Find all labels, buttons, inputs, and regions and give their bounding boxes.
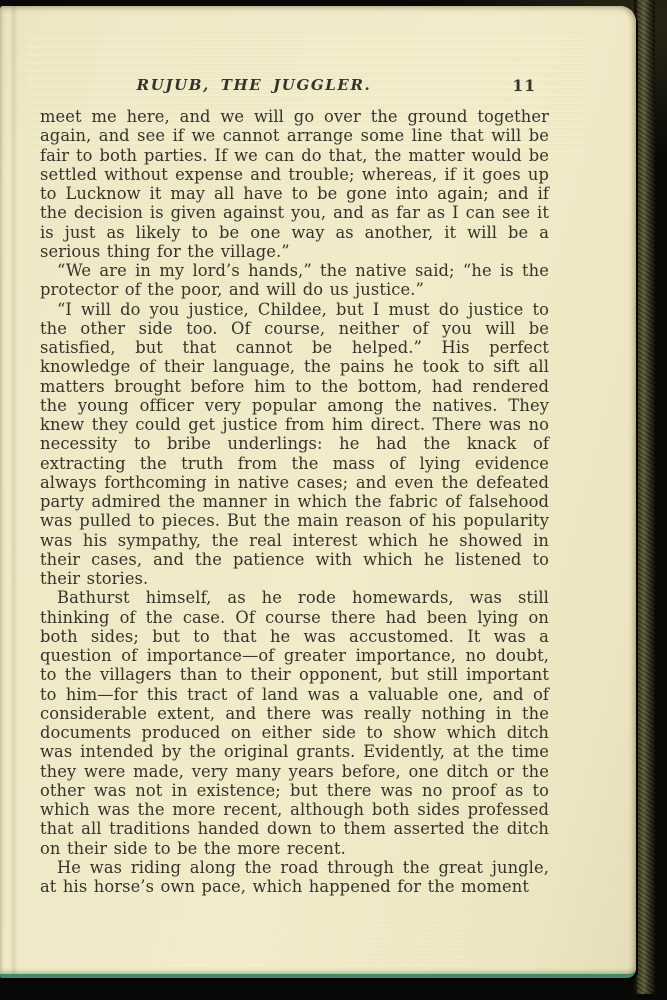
text-block: meet me here, and we will go over the gr… [40,107,549,896]
running-head: RUJUB, THE JUGGLER. 11 [40,76,548,100]
page-edge-streaks-bottom [46,924,466,970]
paragraph: “I will do you justice, Childee, but I m… [40,300,549,589]
paragraph: Bathurst himself, as he rode homewards, … [40,588,549,858]
paragraph: He was riding along the road through the… [40,858,549,897]
running-head-title: RUJUB, THE JUGGLER. [40,76,468,94]
paragraph: “We are in my lord’s hands,” the native … [40,261,549,300]
page-number: 11 [512,76,536,95]
page-crease [10,6,18,974]
book-page: RUJUB, THE JUGGLER. 11 meet me here, and… [0,6,636,978]
book-scan: RUJUB, THE JUGGLER. 11 meet me here, and… [0,0,667,1000]
paragraph: meet me here, and we will go over the gr… [40,107,549,261]
book-cover-cloth-edge [634,0,655,994]
